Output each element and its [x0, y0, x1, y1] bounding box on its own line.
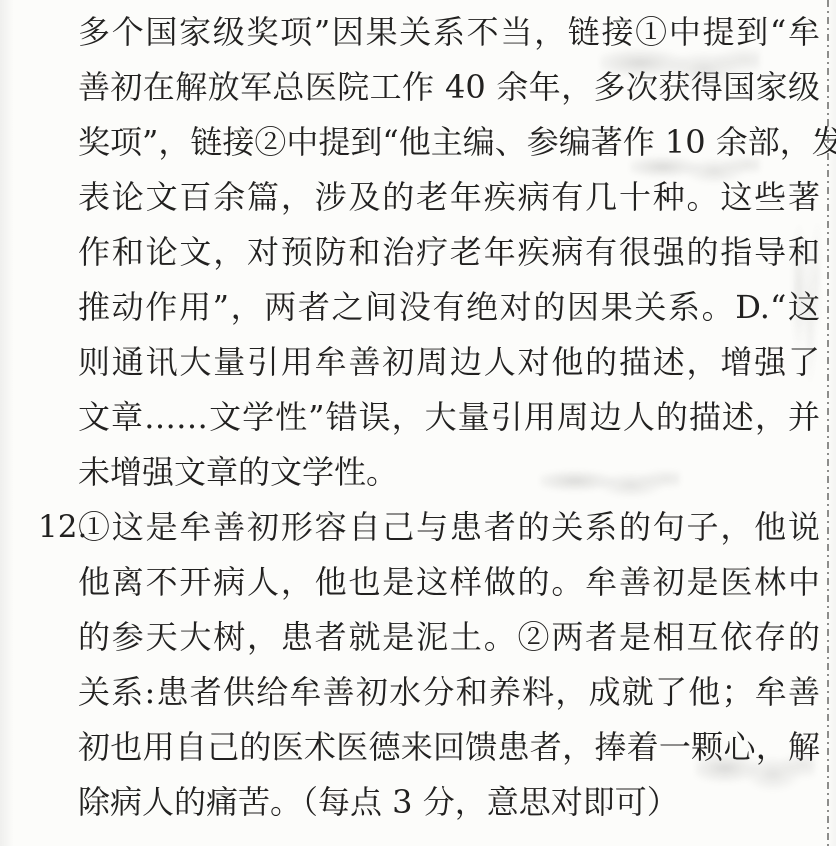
- answer-11-continuation-block: 多个国家级奖项”因果关系不当，链接①中提到“牟 善初在解放军总医院工作 40 余…: [0, 5, 822, 500]
- text-line: 文章……文学性”错误，大量引用周边人的描述，并: [78, 390, 820, 445]
- page-edge-dashed-line: [827, 0, 829, 846]
- text-line: 善初在解放军总医院工作 40 余年，多次获得国家级: [78, 60, 820, 115]
- text-column: 多个国家级奖项”因果关系不当，链接①中提到“牟 善初在解放军总医院工作 40 余…: [0, 5, 822, 830]
- text-line: 表论文百余篇，涉及的老年疾病有几十种。这些著: [78, 170, 820, 225]
- text-line: 奖项”，链接②中提到“他主编、参编著作 10 余部，发: [78, 115, 820, 170]
- text-line: 多个国家级奖项”因果关系不当，链接①中提到“牟: [78, 5, 820, 60]
- text-line: 他离不开病人，他也是这样做的。牟善初是医林中: [78, 555, 820, 610]
- page-container: 多个国家级奖项”因果关系不当，链接①中提到“牟 善初在解放军总医院工作 40 余…: [0, 0, 836, 846]
- question-number: 12.: [38, 500, 78, 555]
- text-line: 的参天大树，患者就是泥土。②两者是相互依存的: [78, 610, 820, 665]
- text-line: 作和论文，对预防和治疗老年疾病有很强的指导和: [78, 225, 820, 280]
- answer-12-block: 12.①这是牟善初形容自己与患者的关系的句子，他说 他离不开病人，他也是这样做的…: [0, 500, 822, 830]
- text-line: 未增强文章的文学性。: [78, 445, 820, 500]
- text-line: 则通讯大量引用牟善初周边人对他的描述，增强了: [78, 335, 820, 390]
- answer-12-line-text: ①这是牟善初形容自己与患者的关系的句子，他说: [78, 508, 820, 546]
- text-line: 关系:患者供给牟善初水分和养料，成就了他；牟善: [78, 665, 820, 720]
- text-line: 除病人的痛苦。（每点 3 分，意思对即可）: [78, 775, 820, 830]
- text-line: 推动作用”，两者之间没有绝对的因果关系。D.“这: [78, 280, 820, 335]
- text-line: 初也用自己的医术医德来回馈患者，捧着一颗心，解: [78, 720, 820, 775]
- text-line: 12.①这是牟善初形容自己与患者的关系的句子，他说: [78, 500, 820, 555]
